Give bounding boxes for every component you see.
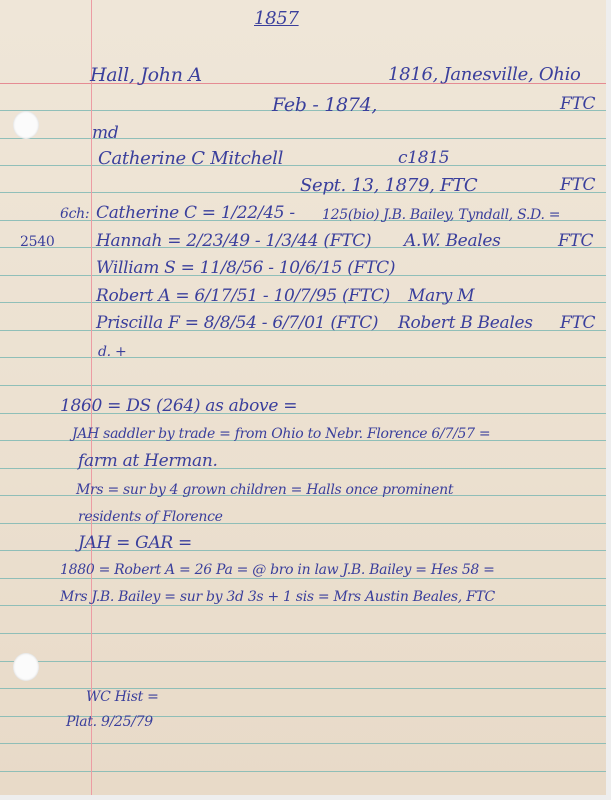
footer-line-2: Plat. 9/25/79 [66,715,153,729]
subject-death: Feb - 1874, [272,96,377,115]
notebook-page: 1857 Hall, John A 1816, Janesville, Ohio… [0,0,606,795]
note-line: farm at Herman. [78,453,218,470]
child-source: FTC [560,315,595,332]
note-line: JAH = GAR = [78,535,192,552]
extra-note: d. + [98,345,126,359]
ref-number: 2540 [20,235,54,249]
child-spouse: Robert B Beales [398,315,533,332]
punch-hole [13,653,39,681]
child-source: FTC [558,233,593,250]
footer-line-1: WC Hist = [86,690,159,704]
punch-hole [13,111,39,139]
note-line: Mrs = sur by 4 grown children = Halls on… [76,483,453,497]
child-entry: Priscilla F = 8/8/54 - 6/7/01 (FTC) [96,315,378,332]
note-line: Mrs J.B. Bailey = sur by 3d 3s + 1 sis =… [60,590,495,604]
spouse-death-source: FTC [560,177,595,194]
subject-birth: 1816, Janesville, Ohio [388,66,581,84]
note-line: 1880 = Robert A = 26 Pa = @ bro in law J… [60,563,495,577]
child-entry: Hannah = 2/23/49 - 1/3/44 (FTC) [96,233,371,250]
child-spouse: A.W. Beales [404,233,501,250]
child-entry: William S = 11/8/56 - 10/6/15 (FTC) [96,260,395,277]
spouse-birth: c1815 [398,150,449,167]
child-entry: Catherine C = 1/22/45 - [96,205,295,222]
spouse-name: Catherine C Mitchell [98,150,283,168]
note-line: residents of Florence [78,510,223,524]
child-spouse: 125(bio) J.B. Bailey, Tyndall, S.D. = [322,208,560,222]
children-count: 6ch: [60,207,89,221]
header-year: 1857 [254,10,299,28]
child-spouse: Mary M [408,288,474,305]
note-line: JAH saddler by trade = from Ohio to Nebr… [72,427,490,441]
subject-death-source: FTC [560,96,595,113]
subject-name: Hall, John A [90,66,202,85]
married-label: md [92,125,118,142]
child-entry: Robert A = 6/17/51 - 10/7/95 (FTC) [96,288,390,305]
note-line: 1860 = DS (264) as above = [60,398,297,415]
spouse-death: Sept. 13, 1879, FTC [300,177,477,195]
